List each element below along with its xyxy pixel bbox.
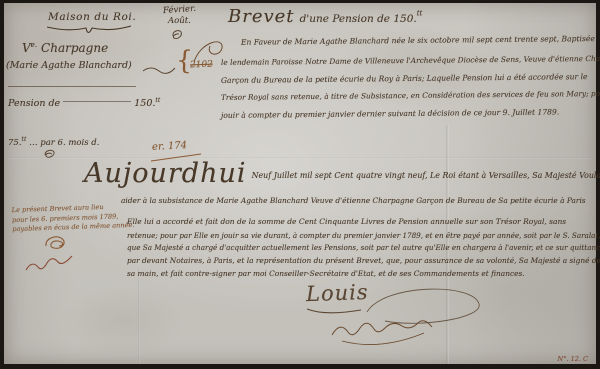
conditions-paragraph: Elle lui a accordé et fait don de la som…	[127, 217, 593, 282]
half-year-paraph-scribble	[42, 148, 58, 160]
decree-line-1: Neuf Juillet mil sept Cent quatre vingt …	[252, 171, 600, 180]
half-year-note: 75.tt … par 6. mois d.	[8, 136, 99, 148]
pension-fill-line	[63, 101, 131, 102]
register-mark-value: er. 174	[152, 140, 188, 153]
month-note-august-label: Août.	[168, 16, 191, 26]
pension-amount: 150.	[134, 98, 155, 109]
king-signature-underline	[306, 305, 362, 315]
corner-number-text: N°. 12. C	[558, 355, 588, 363]
widow-prefix: V	[22, 41, 31, 55]
countersignature-scribble	[330, 315, 434, 347]
corner-number-mark: N°. 12. C	[558, 355, 588, 363]
connector-dash	[142, 64, 176, 76]
title-livres-sup: tt	[417, 10, 423, 18]
margin-signature-scribble	[24, 254, 74, 276]
conditions-line-2: retenue; pour par Elle en jouir sa vie d…	[127, 231, 593, 243]
decree-line-2: aider à la subsistance de Marie Agathe B…	[121, 196, 586, 205]
crossed-number-value: 2102	[190, 60, 213, 71]
register-mark: er. 174	[152, 140, 188, 153]
department-underline-brace	[46, 25, 132, 39]
margin-side-note: Le présent Brevet aura lieu pour les 6. …	[12, 202, 135, 235]
document-title: Brevet d'une Pension de 150.tt	[228, 6, 422, 27]
margin-rule	[8, 86, 136, 87]
conditions-line-1: Elle lui a accordé et fait don de la som…	[127, 217, 593, 231]
widow-prefix-sup: e.	[31, 40, 38, 49]
grant-line-5: jouir à compter du premier janvier derni…	[221, 107, 593, 128]
pension-livres-sup: tt	[155, 97, 160, 104]
widow-surname: Charpagne	[41, 41, 108, 55]
title-rest: d'une Pension de 150.	[300, 13, 417, 25]
half-year-amount: 75.	[8, 138, 22, 148]
pension-amount-row: Pension de 150.tt	[8, 97, 178, 109]
half-year-rest: … par 6. mois d.	[29, 138, 99, 148]
month-note-august: Août.	[168, 16, 191, 26]
document-photo: Maison du Roi. Février. Août. Brevet d'u…	[0, 0, 600, 369]
conditions-line-4: par devant Notaires, à Paris, et la repr…	[127, 256, 593, 269]
opening-word: Aujourdhui	[84, 158, 247, 189]
pension-label: Pension de	[8, 98, 60, 109]
beneficiary-widow-name: Ve. Charpagne	[22, 40, 108, 55]
beneficiary-maiden-name: (Marie Agathe Blanchard)	[6, 60, 132, 71]
margin-note-paraph	[42, 234, 76, 252]
grant-paragraph: En Faveur de Marie Agathe Blanchard née …	[221, 36, 593, 126]
conditions-line-3: que Sa Majesté a chargé d'acquitter actu…	[127, 243, 593, 256]
month-note-paraph-scribble	[170, 28, 186, 41]
title-word: Brevet	[228, 6, 295, 27]
decree-opening: Aujourdhui Neuf Juillet mil sept Cent qu…	[84, 158, 600, 189]
department-label: Maison du Roi.	[48, 11, 136, 23]
maiden-name-label: (Marie Agathe Blanchard)	[6, 60, 132, 71]
crossed-register-number: 2102	[190, 60, 213, 71]
half-year-livres-sup: tt	[22, 136, 27, 143]
department-heading: Maison du Roi.	[48, 11, 136, 23]
